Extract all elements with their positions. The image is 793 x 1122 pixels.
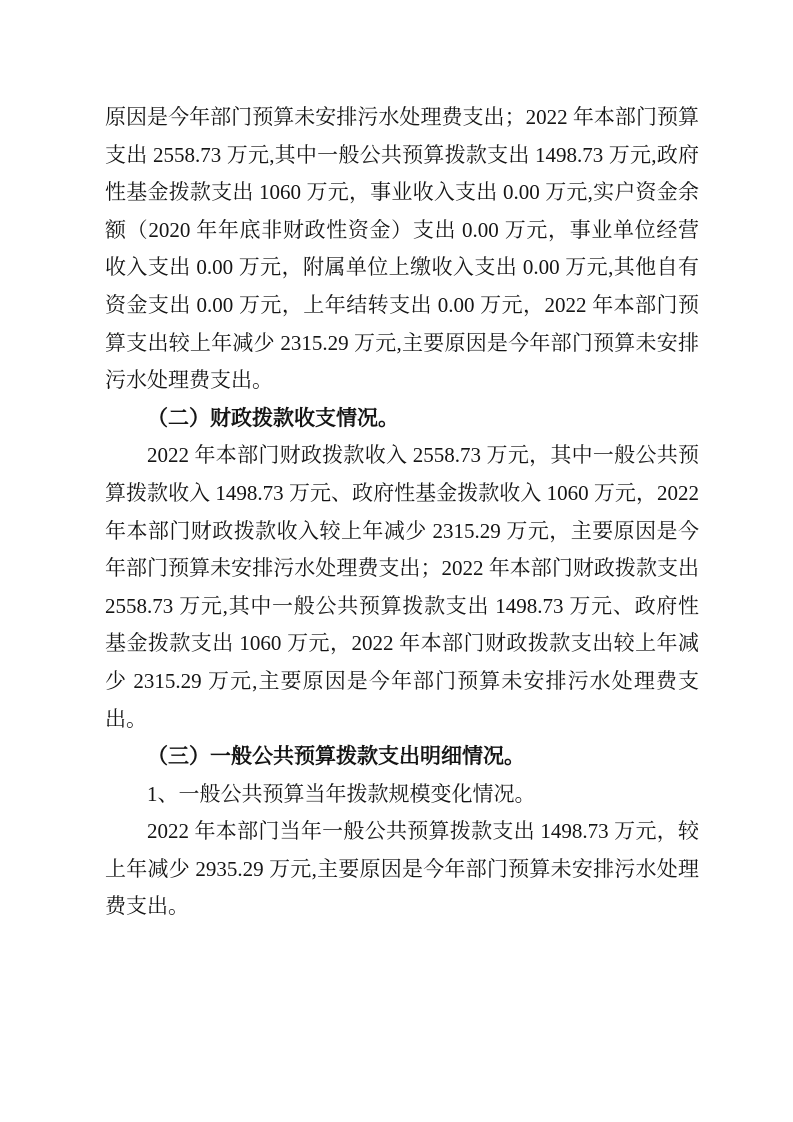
paragraph-budget-expenditure-continuation: 原因是今年部门预算未安排污水处理费支出；2022 年本部门预算支出 2558.7… [105,99,699,400]
paragraph-general-public-budget-figures: 2022 年本部门当年一般公共预算拨款支出 1498.73 万元，较上年减少 2… [105,813,699,926]
subitem-appropriation-scale-change: 1、一般公共预算当年拨款规模变化情况。 [105,776,699,814]
paragraph-fiscal-appropriation-detail: 2022 年本部门财政拨款收入 2558.73 万元，其中一般公共预算拨款收入 … [105,437,699,738]
document-page: 原因是今年部门预算未安排污水处理费支出；2022 年本部门预算支出 2558.7… [0,0,793,1122]
section-heading-general-public-budget-detail: （三）一般公共预算拨款支出明细情况。 [105,738,699,776]
section-heading-fiscal-appropriation: （二）财政拨款收支情况。 [105,400,699,438]
document-text-block: 原因是今年部门预算未安排污水处理费支出；2022 年本部门预算支出 2558.7… [105,99,699,926]
